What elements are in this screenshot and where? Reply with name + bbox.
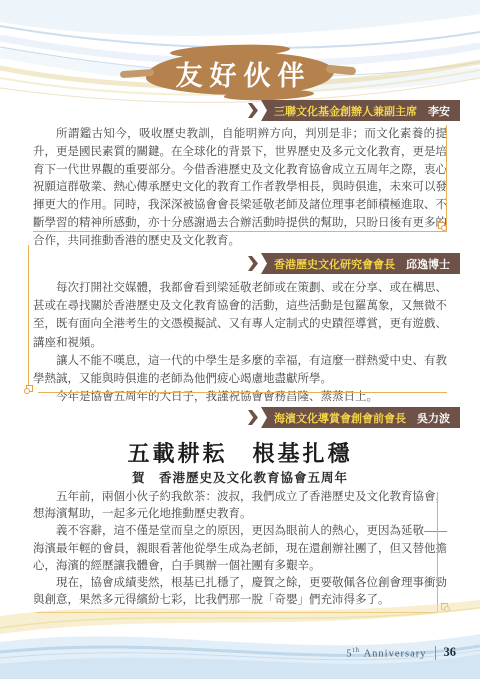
contributor-title-1: 三聯文化基金創辦人兼副主席	[274, 103, 417, 119]
paragraph: 每次打開社交媒體，我都會看到梁延敬老師或在策劃、或在分享、或在構思、甚或在尋找關…	[33, 279, 447, 352]
corner-ornament-icon	[441, 603, 448, 610]
divider-line-1	[33, 231, 447, 232]
paragraph: 義不容辭，這不僅是堂而皇之的原因，更因為眼前人的熱心，更因為延敬——海濱最年輕的…	[33, 523, 447, 575]
page-footer: 5th Anniversary 36	[346, 645, 456, 660]
divider-line-3-vertical	[437, 492, 438, 612]
divider-line-2-vertical	[28, 245, 29, 392]
divider-line-2	[38, 392, 447, 393]
paragraph: 現在，協會成績斐然，根基已扎穩了，慶賀之餘，更要敬佩各位創會理事衝勁與創意，果然…	[33, 575, 447, 609]
section-banner: 友好伙伴	[146, 52, 334, 95]
contributor-name-2: 邱逸博士	[406, 256, 450, 272]
magazine-page: 友好伙伴 三聯文化基金創辦人兼副主席 李安 所謂鑑古知今，吸收歷史教訓，自能明辨…	[0, 0, 480, 679]
contributor-title-3: 海濱文化導賞會創會前會長	[274, 410, 406, 426]
contributor-title-2: 香港歷史文化研究會會長	[274, 256, 395, 272]
section-2-body: 每次打開社交媒體，我都會看到梁延敬老師或在策劃、或在分享、或在構思、甚或在尋找關…	[33, 279, 447, 406]
contributor-label-1: 三聯文化基金創辦人兼副主席 李安	[248, 100, 460, 121]
footer-divider	[435, 646, 436, 660]
page-title: 友好伙伴	[169, 54, 312, 93]
paragraph: 五年前，兩個小伙子約我飲茶：波叔，我們成立了香港歷史及文化教育協會，想海濱幫助，…	[33, 489, 447, 523]
paragraph: 今年是協會五周年的大日子，我謹祝協會會務昌隆、蒸蒸日上。	[33, 388, 447, 406]
tribute-heading: 五載耕耘 根基扎穩	[0, 437, 480, 468]
contributor-name-1: 李安	[428, 103, 450, 119]
page-number: 36	[444, 645, 457, 660]
contributor-label-3: 海濱文化導賞會創會前會長 吳力波	[248, 407, 460, 428]
tribute-subheading: 賀 香港歷史及文化教育協會五周年	[0, 468, 480, 486]
anniversary-label: 5th Anniversary	[346, 646, 426, 660]
corner-ornament-icon	[438, 222, 445, 229]
corner-ornament-icon	[26, 385, 33, 392]
chevron-icon	[248, 103, 258, 118]
contributor-label-2: 香港歷史文化研究會會長 邱逸博士	[248, 253, 460, 274]
chevron-icon	[248, 256, 258, 271]
chevron-icon	[248, 410, 258, 425]
section-3-body: 五年前，兩個小伙子約我飲茶：波叔，我們成立了香港歷史及文化教育協會，想海濱幫助，…	[33, 489, 447, 609]
divider-line-3	[36, 612, 437, 613]
divider-line-1-vertical	[446, 125, 447, 231]
contributor-name-3: 吳力波	[417, 410, 450, 426]
paragraph: 讓人不能不嘆息，這一代的中學生是多麼的幸福，有這麼一群熱愛中史、有教學熱誠，又能…	[33, 352, 447, 388]
